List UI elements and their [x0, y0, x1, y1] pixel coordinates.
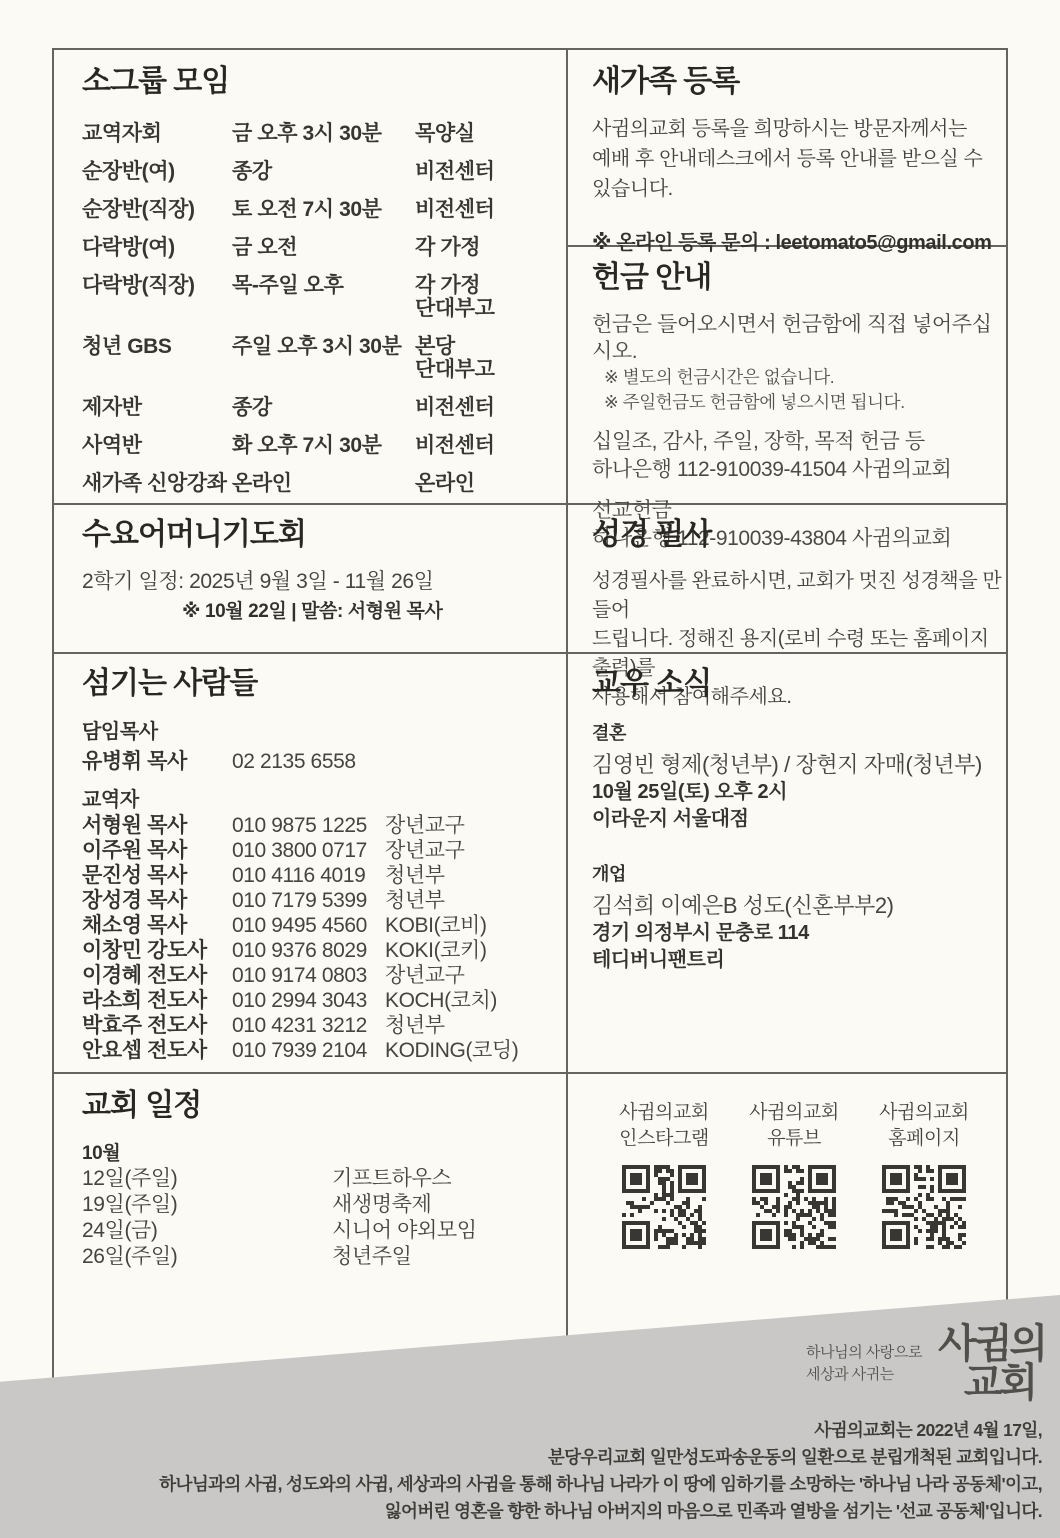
minister-role: KOBI(코비) — [385, 913, 542, 938]
schedule-title: 교회 일정 — [82, 1088, 522, 1124]
group-place: 온라인 — [415, 472, 532, 495]
group-name: 새가족 신앙강좌 — [82, 472, 232, 495]
minister-role: 청년부 — [385, 1013, 542, 1038]
member-news-title: 교우 소식 — [592, 666, 1012, 702]
footer-description: 사귐의교회는 2022년 4월 17일, 분당우리교회 일만성도파송운동의 일환… — [159, 1417, 1042, 1525]
schedule-event: 시니어 야외모임 — [332, 1218, 522, 1244]
minister-phone: 010 9376 8029 — [232, 938, 385, 963]
schedule-date: 19일(주일) — [82, 1192, 332, 1218]
footer-line: 분당우리교회 일만성도파송운동의 일환으로 분립개척된 교회입니다. — [159, 1444, 1042, 1471]
opening-label: 개업 — [592, 863, 1012, 885]
church-brand: 하나님의 사랑으로 세상과 사귀는 사귐의 교회 — [806, 1326, 1045, 1402]
new-family-note: ※ 온라인 등록 문의 : leetomato5@gmail.com — [592, 226, 992, 255]
qr-item-instagram: 사귐의교회 인스타그램 — [606, 1100, 722, 1249]
schedule-event: 청년주일 — [332, 1244, 522, 1270]
logo-line2: 교회 — [938, 1365, 1045, 1402]
small-group-row: 제자반종강비전센터 — [82, 396, 532, 419]
offering-title: 헌금 안내 — [592, 260, 1002, 296]
frame-center-line — [566, 48, 568, 1341]
bible-copying-title: 성경 필사 — [592, 517, 1012, 553]
group-name: 순장반(직장) — [82, 198, 232, 221]
qr-item-youtube: 사귐의교회 유튜브 — [736, 1100, 852, 1249]
minister-phone: 010 7939 2104 — [232, 1038, 385, 1063]
divider-row3 — [52, 1072, 1008, 1074]
offering-note: ※ 주일헌금도 헌금함에 넣으시면 됩니다. — [604, 390, 1002, 415]
wedding-place: 이라운지 서울대점 — [592, 806, 1012, 833]
opening-people: 김석희 이예은B 성도(신혼부부2) — [592, 892, 1012, 920]
qr-label: 사귐의교회 홈페이지 — [866, 1100, 982, 1152]
small-group-row: 다락방(여)금 오전각 가정 — [82, 236, 532, 259]
small-group-row: 새가족 신앙강좌온라인온라인 — [82, 472, 532, 495]
minister-phone: 010 4116 4019 — [232, 863, 385, 888]
small-group-row: 다락방(직장)목-주일 오후각 가정 단대부고 — [82, 274, 532, 320]
group-time: 종강 — [232, 160, 415, 183]
minister-phone: 010 9495 4560 — [232, 913, 385, 938]
footer-line: 사귐의교회는 2022년 4월 17일, — [159, 1417, 1042, 1444]
minister-role: KOKI(코키) — [385, 938, 542, 963]
brand-tagline: 하나님의 사랑으로 세상과 사귀는 — [806, 1342, 922, 1386]
small-group-row: 순장반(직장)토 오전 7시 30분비전센터 — [82, 198, 532, 221]
offering-note: ※ 별도의 헌금시간은 없습니다. — [604, 365, 1002, 390]
schedule-section: 교회 일정 10월 12일(주일)기프트하우스 19일(주일)새생명축제 24일… — [82, 1088, 522, 1270]
qr-code — [752, 1165, 836, 1249]
group-time: 금 오전 — [232, 236, 415, 259]
new-family-title: 새가족 등록 — [592, 64, 992, 100]
minister-name: 이창민 강도사 — [82, 938, 232, 963]
schedule-row: 24일(금)시니어 야외모임 — [82, 1218, 522, 1244]
offering-lead: 헌금은 들어오시면서 헌금함에 직접 넣어주십시오. — [592, 311, 1002, 365]
group-time: 금 오후 3시 30분 — [232, 122, 415, 145]
minister-role: 장년교구 — [385, 963, 542, 988]
group-time: 온라인 — [232, 472, 415, 495]
offering-section: 헌금 안내 헌금은 들어오시면서 헌금함에 직접 넣어주십시오. ※ 별도의 헌… — [592, 260, 1002, 553]
minister-row: 안요셉 전도사010 7939 2104KODING(코딩) — [82, 1038, 542, 1063]
qr-code — [622, 1165, 706, 1249]
minister-phone: 010 2994 3043 — [232, 988, 385, 1013]
wednesday-prayer-schedule: 2학기 일정: 2025년 9월 3일 - 11월 26일 — [82, 569, 532, 595]
new-family-body: 사귐의교회 등록을 희망하시는 방문자께서는 예배 후 안내데스크에서 등록 안… — [592, 114, 992, 204]
minister-row: 라소희 전도사010 2994 3043KOCH(코치) — [82, 988, 542, 1013]
group-time: 화 오후 7시 30분 — [232, 434, 415, 457]
minister-row: 이경혜 전도사010 9174 0803장년교구 — [82, 963, 542, 988]
small-group-row: 교역자회금 오후 3시 30분목양실 — [82, 122, 532, 145]
group-place: 본당 단대부고 — [415, 335, 532, 381]
wedding-label: 결혼 — [592, 722, 1012, 744]
footer-line: 하나님과의 사귐, 성도와의 사귐, 세상과의 사귐을 통해 하나님 나라가 이… — [159, 1471, 1042, 1498]
group-time: 주일 오후 3시 30분 — [232, 335, 415, 381]
group-place: 목양실 — [415, 122, 532, 145]
staff-label: 교역자 — [82, 788, 542, 813]
schedule-row: 12일(주일)기프트하우스 — [82, 1166, 522, 1192]
minister-role: 청년부 — [385, 888, 542, 913]
wednesday-prayer-note: ※ 10월 22일 | 말씀: 서형원 목사 — [182, 600, 532, 624]
minister-name: 장성경 목사 — [82, 888, 232, 913]
minister-phone: 010 3800 0717 — [232, 838, 385, 863]
group-time: 토 오전 7시 30분 — [232, 198, 415, 221]
schedule-date: 26일(주일) — [82, 1244, 332, 1270]
minister-phone: 010 4231 3212 — [232, 1013, 385, 1038]
minister-row: 채소영 목사010 9495 4560KOBI(코비) — [82, 913, 542, 938]
small-group-row: 순장반(여)종강비전센터 — [82, 160, 532, 183]
schedule-event: 기프트하우스 — [332, 1166, 522, 1192]
church-logo: 사귐의 교회 — [938, 1326, 1045, 1402]
schedule-date: 12일(주일) — [82, 1166, 332, 1192]
group-name: 제자반 — [82, 396, 232, 419]
schedule-date: 24일(금) — [82, 1218, 332, 1244]
schedule-row: 26일(주일)청년주일 — [82, 1244, 522, 1270]
minister-role: KOCH(코치) — [385, 988, 542, 1013]
group-place: 비전센터 — [415, 396, 532, 419]
minister-phone: 010 7179 5399 — [232, 888, 385, 913]
group-place: 각 가정 — [415, 236, 532, 259]
minister-name: 유병휘 목사 — [82, 749, 232, 774]
group-place: 비전센터 — [415, 160, 532, 183]
frame-left-line — [52, 48, 54, 1384]
footer-line: 잃어버린 영혼을 향한 하나님 아버지의 마음으로 민족과 열방을 섬기는 '선… — [159, 1498, 1042, 1525]
group-name: 순장반(여) — [82, 160, 232, 183]
group-place: 각 가정 단대부고 — [415, 274, 532, 320]
minister-name: 박효주 전도사 — [82, 1013, 232, 1038]
wedding-datetime: 10월 25일(토) 오후 2시 — [592, 779, 1012, 806]
qr-label: 사귐의교회 유튜브 — [736, 1100, 852, 1152]
bulletin-page: 소그룹 모임 교역자회금 오후 3시 30분목양실 순장반(여)종강비전센터 순… — [0, 0, 1060, 1538]
group-place: 비전센터 — [415, 434, 532, 457]
senior-pastor-label: 담임목사 — [82, 720, 542, 745]
wedding-couple: 김영빈 형제(청년부) / 장현지 자매(청년부) — [592, 751, 1012, 779]
minister-phone: 02 2135 6558 — [232, 749, 385, 774]
small-groups-table: 교역자회금 오후 3시 30분목양실 순장반(여)종강비전센터 순장반(직장)토… — [82, 122, 532, 495]
group-place: 비전센터 — [415, 198, 532, 221]
qr-links-section: 사귐의교회 인스타그램 사귐의교회 유튜브 사귐의교회 홈페이지 — [606, 1100, 982, 1249]
minister-row: 이창민 강도사010 9376 8029KOKI(코키) — [82, 938, 542, 963]
group-name: 교역자회 — [82, 122, 232, 145]
minister-phone: 010 9174 0803 — [232, 963, 385, 988]
schedule-month: 10월 — [82, 1142, 522, 1166]
senior-pastor-row: 유병휘 목사02 2135 6558 — [82, 749, 542, 774]
group-name: 다락방(직장) — [82, 274, 232, 320]
qr-code — [882, 1165, 966, 1249]
member-news-section: 교우 소식 결혼 김영빈 형제(청년부) / 장현지 자매(청년부) 10월 2… — [592, 666, 1012, 974]
minister-name: 문진성 목사 — [82, 863, 232, 888]
ministers-section: 섬기는 사람들 담임목사 유병휘 목사02 2135 6558 교역자 서형원 … — [82, 666, 542, 1063]
logo-line1: 사귐의 — [938, 1326, 1045, 1363]
small-group-row: 청년 GBS주일 오후 3시 30분본당 단대부고 — [82, 335, 532, 381]
group-name: 사역반 — [82, 434, 232, 457]
small-groups-section: 소그룹 모임 교역자회금 오후 3시 30분목양실 순장반(여)종강비전센터 순… — [82, 64, 532, 510]
qr-label: 사귐의교회 인스타그램 — [606, 1100, 722, 1152]
minister-name: 서형원 목사 — [82, 813, 232, 838]
group-name: 청년 GBS — [82, 335, 232, 381]
qr-item-homepage: 사귐의교회 홈페이지 — [866, 1100, 982, 1249]
small-groups-title: 소그룹 모임 — [82, 64, 532, 100]
minister-name: 이주원 목사 — [82, 838, 232, 863]
minister-role: KODING(코딩) — [385, 1038, 542, 1063]
minister-name: 채소영 목사 — [82, 913, 232, 938]
minister-row: 서형원 목사010 9875 1225장년교구 — [82, 813, 542, 838]
minister-row: 이주원 목사010 3800 0717장년교구 — [82, 838, 542, 863]
wednesday-prayer-title: 수요어머니기도회 — [82, 517, 532, 553]
minister-role: 장년교구 — [385, 838, 542, 863]
new-family-section: 새가족 등록 사귐의교회 등록을 희망하시는 방문자께서는 예배 후 안내데스크… — [592, 64, 992, 255]
minister-name: 이경혜 전도사 — [82, 963, 232, 988]
minister-phone: 010 9875 1225 — [232, 813, 385, 838]
wednesday-prayer-section: 수요어머니기도회 2학기 일정: 2025년 9월 3일 - 11월 26일 ※… — [82, 517, 532, 624]
small-group-row: 사역반화 오후 7시 30분비전센터 — [82, 434, 532, 457]
minister-row: 문진성 목사010 4116 4019청년부 — [82, 863, 542, 888]
opening-store: 테디버니팬트리 — [592, 947, 1012, 974]
minister-name: 안요셉 전도사 — [82, 1038, 232, 1063]
schedule-event: 새생명축제 — [332, 1192, 522, 1218]
schedule-row: 19일(주일)새생명축제 — [82, 1192, 522, 1218]
minister-row: 장성경 목사010 7179 5399청년부 — [82, 888, 542, 913]
opening-address: 경기 의정부시 문충로 114 — [592, 920, 1012, 947]
ministers-title: 섬기는 사람들 — [82, 666, 542, 702]
group-name: 다락방(여) — [82, 236, 232, 259]
minister-name: 라소희 전도사 — [82, 988, 232, 1013]
minister-row: 박효주 전도사010 4231 3212청년부 — [82, 1013, 542, 1038]
frame-top-line — [52, 48, 1008, 50]
group-time: 종강 — [232, 396, 415, 419]
offering-general-account: 십일조, 감사, 주일, 장학, 목적 헌금 등 하나은행 112-910039… — [592, 428, 1002, 484]
minister-role: 장년교구 — [385, 813, 542, 838]
minister-role: 청년부 — [385, 863, 542, 888]
group-time: 목-주일 오후 — [232, 274, 415, 320]
